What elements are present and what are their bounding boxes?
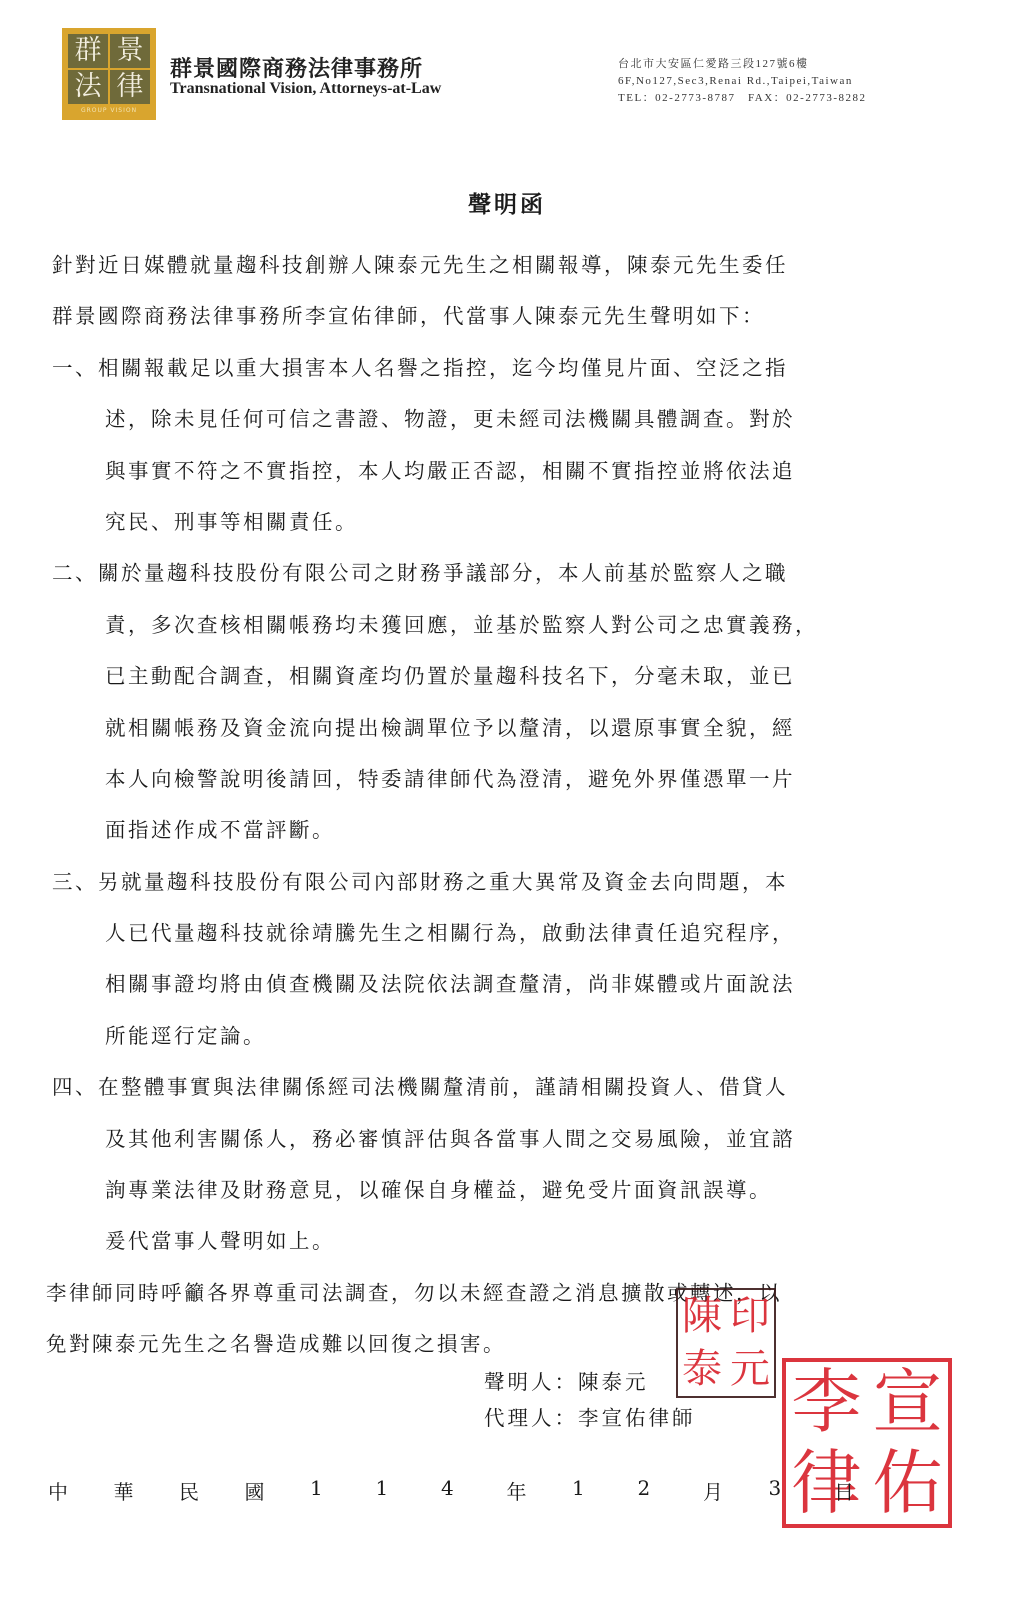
closing-line: 爰代當事人聲明如上。: [52, 1216, 862, 1267]
logo-char: 律: [110, 70, 150, 104]
item-line: 究民、刑事等相關責任。: [52, 497, 862, 548]
intro-line: 針對近日媒體就量趨科技創辦人陳泰元先生之相關報導，陳泰元先生委任: [52, 240, 862, 291]
logo-char: 景: [110, 34, 150, 68]
seal-char: 印: [726, 1290, 774, 1343]
item-line: 所能逕行定論。: [52, 1011, 862, 1062]
document-title: 聲明函: [0, 186, 1014, 219]
address-chinese: 台北市大安區仁愛路三段127號6樓: [618, 56, 867, 73]
item-line: 面指述作成不當評斷。: [52, 805, 862, 856]
logo-char: 法: [68, 70, 108, 104]
seal-char: 宣: [867, 1362, 948, 1443]
seal-char: 陳: [678, 1290, 726, 1343]
statement-item-3: 三、另就量趨科技股份有限公司內部財務之重大異常及資金去向問題，本 人已代量趨科技…: [52, 857, 862, 1063]
seal-char: 李: [786, 1362, 867, 1443]
item-line: 已主動配合調查，相關資產均仍置於量趨科技名下，分毫未取，並已: [52, 651, 862, 702]
item-line: 二、關於量趨科技股份有限公司之財務爭議部分，本人前基於監察人之職: [52, 548, 862, 599]
item-line: 四、在整體事實與法律關係經司法機關釐清前，謹請相關投資人、借貸人: [52, 1062, 862, 1113]
letterhead: 群 景 法 律 GROUP VISION 群景國際商務法律事務所 Transna…: [58, 28, 898, 128]
item-line: 及其他利害關係人，務必審慎評估與各當事人間之交易風險，並宜諮: [52, 1114, 862, 1165]
item-line: 與事實不符之不實指控，本人均嚴正否認，相關不實指控並將依法追: [52, 446, 862, 497]
intro-line: 群景國際商務法律事務所李宣佑律師，代當事人陳泰元先生聲明如下：: [52, 291, 862, 342]
document-body: 針對近日媒體就量趨科技創辦人陳泰元先生之相關報導，陳泰元先生委任 群景國際商務法…: [52, 240, 862, 1371]
seal-char: 元: [726, 1343, 774, 1396]
agent-signature: 代理人：李宣佑律師: [484, 1400, 696, 1436]
statement-item-1: 一、相關報載足以重大損害本人名譽之指控，迄今均僅見片面、空泛之指 述，除未見任何…: [52, 343, 862, 549]
date-char: 民: [179, 1476, 245, 1505]
item-line: 責，多次查核相關帳務均未獲回應，並基於監察人對公司之忠實義務，: [52, 600, 862, 651]
item-line: 就相關帳務及資金流向提出檢調單位予以釐清，以還原事實全貌，經: [52, 703, 862, 754]
date-char: 1: [376, 1476, 442, 1505]
date-char: 月: [703, 1476, 769, 1505]
statement-item-2: 二、關於量趨科技股份有限公司之財務爭議部分，本人前基於監察人之職 責，多次查核相…: [52, 548, 862, 856]
item-line: 三、另就量趨科技股份有限公司內部財務之重大異常及資金去向問題，本: [52, 857, 862, 908]
date-char: 1: [572, 1476, 638, 1505]
date-char: 4: [441, 1476, 507, 1505]
item-line: 相關事證均將由偵查機關及法院依法調查釐清，尚非媒體或片面說法: [52, 959, 862, 1010]
item-line: 人已代量趨科技就徐靖騰先生之相關行為，啟動法律責任追究程序，: [52, 908, 862, 959]
item-line: 一、相關報載足以重大損害本人名譽之指控，迄今均僅見片面、空泛之指: [52, 343, 862, 394]
firm-logo: 群 景 法 律 GROUP VISION: [62, 28, 156, 120]
firm-address-block: 台北市大安區仁愛路三段127號6樓 6F,No127,Sec3,Renai Rd…: [618, 56, 867, 107]
statement-item-4: 四、在整體事實與法律關係經司法機關釐清前，謹請相關投資人、借貸人 及其他利害關係…: [52, 1062, 862, 1216]
logo-char: 群: [68, 34, 108, 68]
date-char: 3: [769, 1476, 835, 1505]
document-date: 中 華 民 國 1 1 4 年 1 2 月 3 日: [48, 1476, 900, 1505]
date-char: 2: [638, 1476, 704, 1505]
item-line: 述，除未見任何可信之書證、物證，更未經司法機關具體調查。對於: [52, 394, 862, 445]
date-char: 國: [245, 1476, 311, 1505]
item-line: 本人向檢警說明後請回，特委請律師代為澄清，避免外界僅憑單一片: [52, 754, 862, 805]
date-char: 中: [48, 1476, 114, 1505]
signature-block: 聲明人：陳泰元 代理人：李宣佑律師: [484, 1364, 696, 1436]
declarant-signature: 聲明人：陳泰元: [484, 1364, 696, 1400]
address-english: 6F,No127,Sec3,Renai Rd.,Taipei,Taiwan: [618, 73, 867, 90]
item-line: 詢專業法律及財務意見，以確保自身權益，避免受片面資訊誤導。: [52, 1165, 862, 1216]
firm-name-chinese: 群景國際商務法律事務所: [170, 52, 423, 83]
logo-subtitle: GROUP VISION: [68, 107, 150, 114]
date-char: 1: [310, 1476, 376, 1505]
date-char: 華: [114, 1476, 180, 1505]
date-char: 日: [834, 1476, 900, 1505]
firm-name-english: Transnational Vision, Attorneys-at-Law: [170, 80, 441, 98]
date-char: 年: [507, 1476, 573, 1505]
contact-phone-fax: TEL：02-2773-8787 FAX：02-2773-8282: [618, 90, 867, 107]
